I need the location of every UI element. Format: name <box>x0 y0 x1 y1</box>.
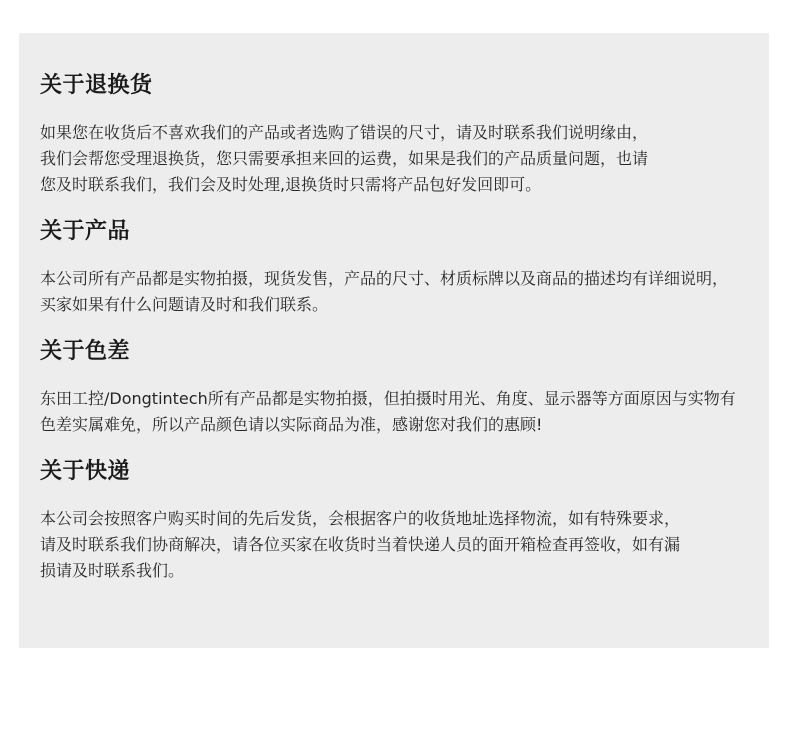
paragraph-line: 色差实属难免，所以产品颜色请以实际商品为准，感谢您对我们的惠顾! <box>40 412 748 438</box>
paragraph-line: 东田工控/Dongtintech所有产品都是实物拍摄，但拍摄时用光、角度、显示器… <box>40 386 748 412</box>
paragraph-line: 本公司所有产品都是实物拍摄，现货发售，产品的尺寸、材质标牌以及商品的描述均有详细… <box>40 266 748 292</box>
policy-section-color-difference: 关于色差 东田工控/Dongtintech所有产品都是实物拍摄，但拍摄时用光、角… <box>40 341 748 438</box>
policy-paragraph-products: 本公司所有产品都是实物拍摄，现货发售，产品的尺寸、材质标牌以及商品的描述均有详细… <box>40 266 748 318</box>
paragraph-line: 本公司会按照客户购买时间的先后发货，会根据客户的收货地址选择物流，如有特殊要求， <box>40 506 748 532</box>
paragraph-line: 您及时联系我们，我们会及时处理,退换货时只需将产品包好发回即可。 <box>40 172 748 198</box>
policy-paragraph-returns: 如果您在收货后不喜欢我们的产品或者选购了错误的尺寸，请及时联系我们说明缘由， 我… <box>40 120 748 198</box>
paragraph-line: 如果您在收货后不喜欢我们的产品或者选购了错误的尺寸，请及时联系我们说明缘由， <box>40 120 748 146</box>
section-title-color-difference: 关于色差 <box>40 341 748 363</box>
paragraph-line: 我们会帮您受理退换货，您只需要承担来回的运费，如果是我们的产品质量问题，也请 <box>40 146 748 172</box>
after-sales-policy-panel: 关于退换货 如果您在收货后不喜欢我们的产品或者选购了错误的尺寸，请及时联系我们说… <box>19 33 769 648</box>
section-title-shipping: 关于快递 <box>40 461 748 483</box>
paragraph-line: 损请及时联系我们。 <box>40 558 748 584</box>
policy-paragraph-color-difference: 东田工控/Dongtintech所有产品都是实物拍摄，但拍摄时用光、角度、显示器… <box>40 386 748 438</box>
section-title-products: 关于产品 <box>40 221 748 243</box>
paragraph-line: 买家如果有什么问题请及时和我们联系。 <box>40 292 748 318</box>
paragraph-line: 请及时联系我们协商解决，请各位买家在收货时当着快递人员的面开箱检查再签收，如有漏 <box>40 532 748 558</box>
policy-section-products: 关于产品 本公司所有产品都是实物拍摄，现货发售，产品的尺寸、材质标牌以及商品的描… <box>40 221 748 318</box>
policy-section-shipping: 关于快递 本公司会按照客户购买时间的先后发货，会根据客户的收货地址选择物流，如有… <box>40 461 748 584</box>
section-title-returns: 关于退换货 <box>40 75 748 97</box>
policy-section-returns: 关于退换货 如果您在收货后不喜欢我们的产品或者选购了错误的尺寸，请及时联系我们说… <box>40 75 748 198</box>
policy-paragraph-shipping: 本公司会按照客户购买时间的先后发货，会根据客户的收货地址选择物流，如有特殊要求，… <box>40 506 748 584</box>
